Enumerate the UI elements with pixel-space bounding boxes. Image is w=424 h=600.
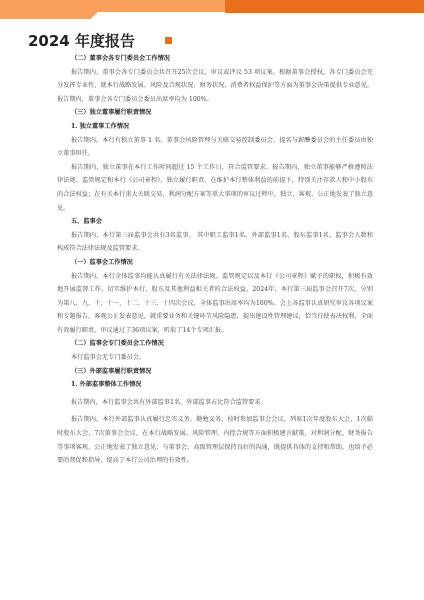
- paragraph: 报告期内，董事会各专门委员会共召开25次会议，审议或评议 53 项议案。根据董事…: [57, 66, 373, 107]
- subsection-heading: 1. 外部监事整体工作情况: [71, 378, 373, 392]
- subsection-heading: 1. 独立董事工作情况: [71, 120, 373, 134]
- section-heading: （三）独立董事履行职责情况: [71, 106, 373, 120]
- section-heading: （二）监事会专门委员会工作情况: [71, 337, 373, 351]
- paragraph: 报告期内，本行全体监事均能认真履行有关法律法规、监管规定以及本行《公司章程》赋予…: [57, 270, 373, 338]
- title-row: 2024 年度报告: [28, 31, 172, 49]
- paragraph: 本行监事会无专门委员会。: [57, 351, 373, 365]
- section-heading: （二）董事会各专门委员会工作情况: [71, 52, 373, 66]
- section-heading: （三）外部监事履行职责情况: [71, 365, 373, 379]
- page-title: 2024 年度报告: [28, 30, 135, 51]
- section-heading: 五、监事会: [71, 215, 373, 229]
- paragraph: 报告期内，本行有独立董事 1 名。董事会风险管理与关联交易控制委员会、提名与薪酬…: [57, 134, 373, 161]
- paragraph: 报告期内，独立董事在本行工作时间超过 15 个工作日，符合监管要求。报告期内，独…: [57, 161, 373, 215]
- header-banner: [0, 0, 424, 20]
- banner-light-tab: [0, 12, 98, 19]
- banner-dark-stripe: [225, 0, 424, 13]
- orange-square-icon: [165, 37, 172, 44]
- paragraph: 报告期内，本行外部监事认真履行忠实义务、勤勉义务，按时参加监事会会议，列席1次年…: [57, 413, 373, 467]
- banner-light-stripe: [0, 0, 225, 12]
- section-heading: （一）监事会工作情况: [71, 256, 373, 270]
- document-body: （二）董事会各专门委员会工作情况 报告期内，董事会各专门委员会共召开25次会议，…: [57, 52, 373, 468]
- paragraph: 报告期内，本行监事会共有外部监事1名，外部监事占比符合监管要求。: [57, 396, 373, 410]
- paragraph: 报告期内，本行第三届监事会共有3名监事， 其中职工监事1名、外部监事1名，股东监…: [57, 229, 373, 256]
